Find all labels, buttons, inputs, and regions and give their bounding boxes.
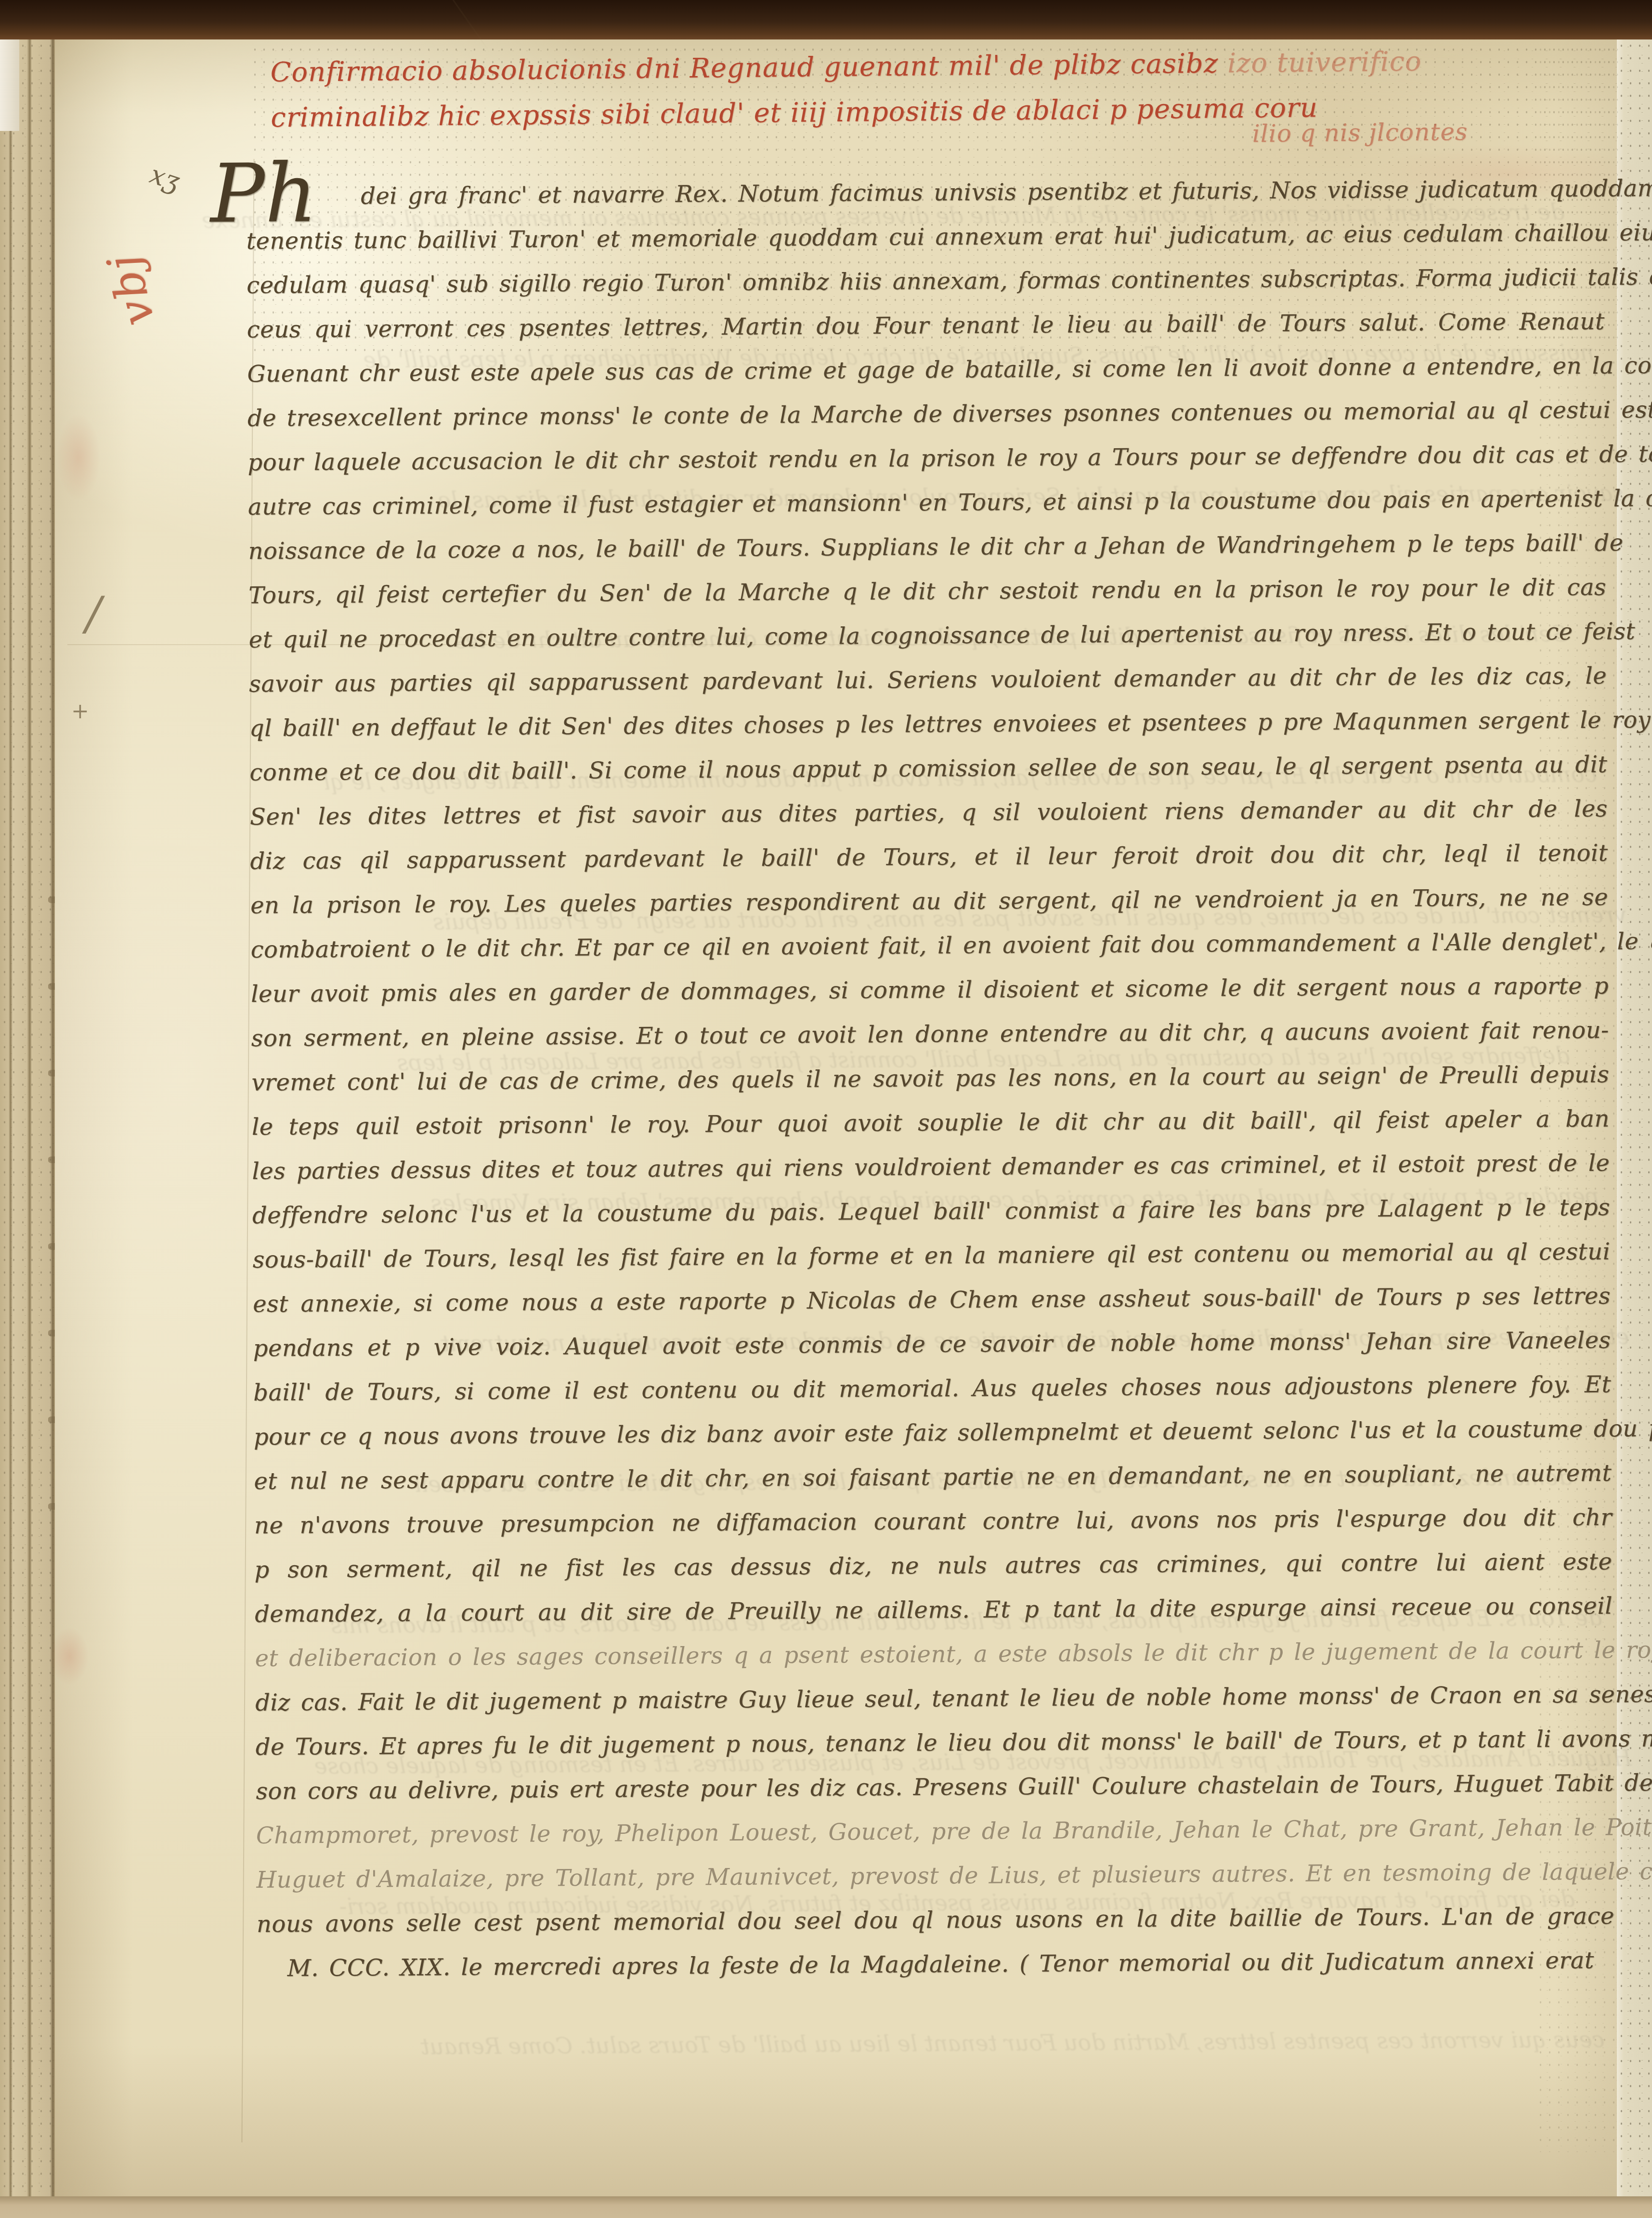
text-block: Ph dei gra franc' et navarre Rex. Notum … (0, 0, 1652, 2218)
manuscript-text-line: son serment, en pleine assise. Et o tout… (251, 1019, 1609, 1050)
bleed-through-line: ceus qui verront ces psentes lettres, Ma… (304, 2026, 1604, 2060)
manuscript-text-line: Champmoret, prevost le roy, Phelipon Lou… (256, 1816, 1614, 1847)
manuscript-text-line: Sen' les dites lettres et fist savoir au… (250, 797, 1608, 829)
manuscript-text-line: et deliberacion o les sages conseillers … (255, 1639, 1613, 1670)
manuscript-text-line: ne n'avons trouve presumpcion ne diffama… (254, 1506, 1612, 1537)
manuscript-text-line: de tresexcellent prince monss' le conte … (247, 399, 1605, 430)
manuscript-text-line: pour ce q nous avons trouve les diz banz… (254, 1417, 1612, 1449)
manuscript-text-line: savoir aus parties qil sapparussent pard… (249, 664, 1607, 696)
manuscript-text-line: et nul ne sest apparu contre le dit chr,… (254, 1462, 1612, 1493)
manuscript-text-line: conme et ce dou dit baill'. Si come il n… (249, 753, 1607, 784)
manuscript-text-line: son cors au delivre, puis ert areste pou… (256, 1772, 1613, 1803)
manuscript-text-line: sous-baill' de Tours, lesql les fist fai… (252, 1240, 1610, 1271)
manuscript-text-line: noissance de la coze a nos, le baill' de… (248, 532, 1606, 563)
manuscript-text-line: autre cas criminel, come il fust estagie… (248, 487, 1606, 519)
manuscript-text-line: pour laquele accusacion le dit chr sesto… (247, 443, 1605, 474)
manuscript-text-line: dei gra franc' et navarre Rex. Notum fac… (361, 177, 1604, 208)
decorated-initial: Ph (210, 153, 317, 234)
manuscript-text-line: cedulam quasq' sub sigillo regio Turon' … (247, 266, 1604, 297)
manuscript-text-line: combatroient o le dit chr. Et par ce qil… (250, 930, 1608, 961)
bleed-through-texture: de tresexcellent prince monss' le conte … (0, 0, 1646, 1)
manuscript-text-line: leur avoit pmis ales en garder de dommag… (251, 974, 1609, 1006)
margin-plus-mark: + (71, 699, 89, 724)
manuscript-text-line: tenentis tunc baillivi Turon' et memoria… (246, 221, 1604, 253)
manuscript-text-line: demandez, a la court au dit sire de Preu… (255, 1595, 1613, 1626)
manuscript-text-line: est annexie, si come nous a este raporte… (253, 1284, 1611, 1316)
manuscript-text-line: nous avons selle cest psent memorial dou… (257, 1905, 1614, 1936)
manuscript-text-line: les parties dessus dites et touz autres … (252, 1152, 1610, 1183)
manuscript-text-line: deffendre selonc l'us et la coustume du … (252, 1196, 1610, 1227)
manuscript-text-line: en la prison le roy. Les queles parties … (250, 886, 1608, 917)
manuscript-text-line: baill' de Tours, si come il est contenu … (253, 1373, 1611, 1404)
manuscript-text-line: Huguet d'Amalaize, pre Tollant, pre Maun… (256, 1860, 1614, 1892)
manuscript-text-line: et quil ne procedast en oultre contre lu… (249, 620, 1607, 651)
manuscript-text-line: M. CCC. XIX. le mercredi apres la feste … (287, 1949, 1587, 1980)
manuscript-text-line: Guenant chr eust este apele sus cas de c… (247, 354, 1605, 386)
manuscript-text-line: diz cas qil sapparussent pardevant le ba… (250, 842, 1608, 873)
manuscript-lines: dei gra franc' et navarre Rex. Notum fac… (0, 0, 1646, 1)
manuscript-text-line: vremet cont' lui de cas de crime, des qu… (251, 1063, 1609, 1094)
manuscript-text-line: diz cas. Fait le dit jugement p maistre … (255, 1683, 1613, 1714)
manuscript-text-line: ceus qui verront ces psentes lettres, Ma… (247, 310, 1605, 341)
manuscript-text-line: ql baill' en deffaut le dit Sen' des dit… (249, 709, 1607, 740)
manuscript-text-line: Tours, qil feist certefier du Sen' de la… (248, 576, 1606, 607)
manuscript-text-line: pendans et p vive voiz. Auquel avoit est… (253, 1329, 1611, 1360)
manuscript-text-line: p son serment, qil ne fist les cas dessu… (254, 1550, 1612, 1582)
manuscript-text-line: le teps quil estoit prisonn' le roy. Pou… (252, 1107, 1610, 1139)
manuscript-text-line: de Tours. Et apres fu le dit jugement p … (256, 1727, 1613, 1759)
manuscript-scan: { "page": { "kind": "medieval manuscript… (0, 0, 1652, 2218)
margin-slash-mark: / (86, 586, 101, 640)
